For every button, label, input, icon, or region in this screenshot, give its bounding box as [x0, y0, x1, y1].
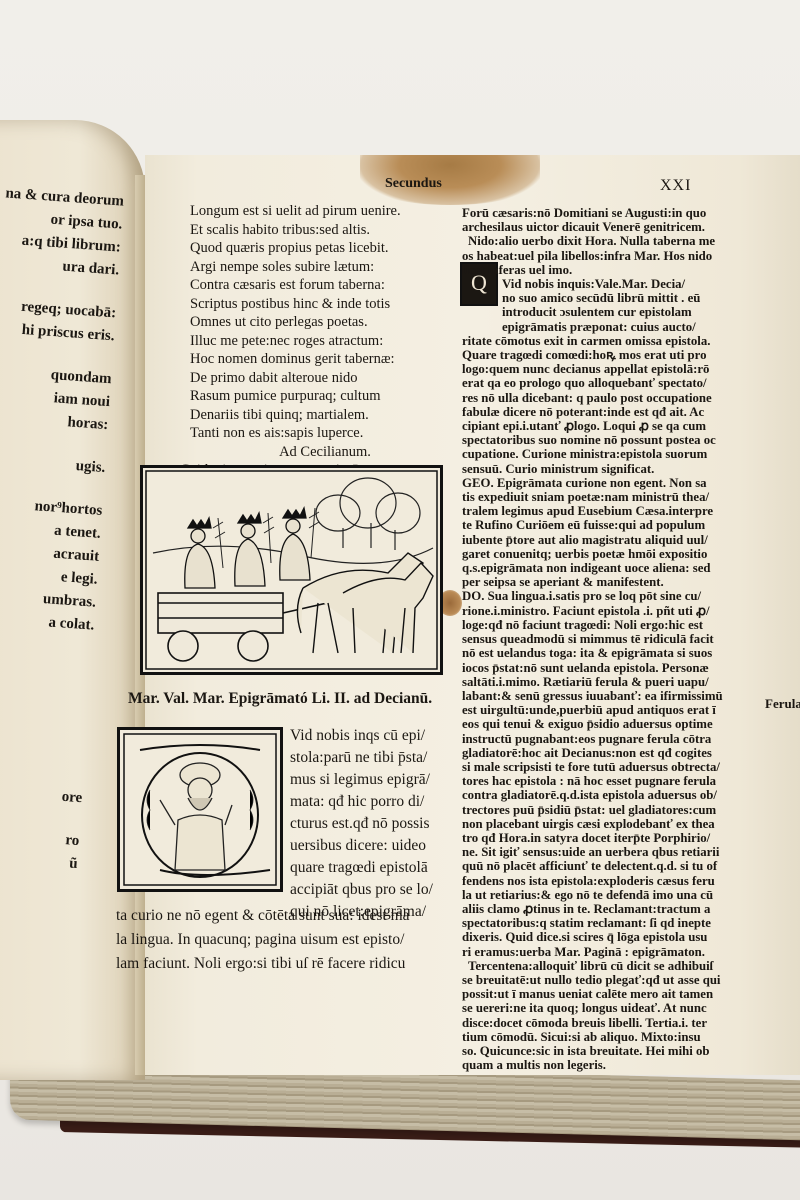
commentary-line: iubente p̄tore aut alio magistratu aliqu… [462, 533, 772, 547]
commentary-line: ritate cōmotus exit in carmen omissa epi… [462, 334, 772, 348]
commentary-line: Vid nobis inquis:Vale.Mar. Decia/ [462, 277, 772, 291]
commentary-line: se breuitatē:ut nullo tedio plegať:qđ ut… [462, 973, 772, 987]
text-line: quare tragœdi epistolā [290, 857, 465, 879]
verse-line: Contra cæsaris est forum taberna: [190, 276, 460, 295]
commentary-line: non placebant uirgis cæsi explodebanť ex… [462, 817, 772, 831]
commentary-line: rione.i.ministro. Faciunt epistola .i. p… [462, 604, 772, 618]
commentary-line: os habeat:uel pila libellos:infra Mar. H… [462, 249, 772, 263]
commentary-line: saltāti.i.mimo. Rætiariū ferula & pueri … [462, 675, 772, 689]
commentary-line: cupatione. Curione ministra:epistola suo… [462, 447, 772, 461]
text-line: cturus est.qđ nō possis [290, 813, 465, 835]
commentary-line: ne. Sit igiť sensus:uide an uerbera qbus… [462, 845, 772, 859]
verse-line: Denariis tibi quinq; martialem. [190, 406, 460, 425]
commentary-line: cipiant epi.i.utanť ꝓlogo. Loqui ꝓ se qa… [462, 419, 772, 433]
commentary-line: contra gladiatorē.q.d.ista epistola adue… [462, 788, 772, 802]
margin-note: Ferula [765, 696, 800, 712]
text-line: accipiāt qbus pro se lo/ [290, 879, 465, 901]
commentary-line: instructū pugnabant:eos pugnare ferula c… [462, 732, 772, 746]
commentary-line: nō est uelandus toga: ita & epigrāmata s… [462, 646, 772, 660]
section-title: Ad Cecilianum. [190, 443, 460, 462]
commentary-line: epigrāmatis præponat: cuius aucto/ [462, 320, 772, 334]
commentary-line: introducit ɔsulentem cur epistolam [462, 305, 772, 319]
text-line: stola:parū ne tibi p̄sta/ [290, 747, 465, 769]
commentary-line: no suo amico secūdū librū mittit . eū [462, 291, 772, 305]
epigram-heading: Mar. Val. Mar. Epigrāmató Li. II. ad Dec… [128, 690, 432, 708]
commentary-line: disce:docet cōmoda breuis libelli. Terti… [462, 1016, 772, 1030]
commentary-line: garet conuenitq; uerbis poetæ hmōi expos… [462, 547, 772, 561]
commentary-line: spectatoribus:q statim reclamant: ſi qd … [462, 916, 772, 930]
commentary-line: si male scripsisti te fore tutū aduersus… [462, 760, 772, 774]
commentary-line: DO. Sua lingua.i.satis pro se loq pōt si… [462, 589, 772, 603]
verse-line: Et scalis habito tribus:sed altis. [190, 221, 460, 240]
verse-line: Hoc nomen dominus gerit tabernæ: [190, 350, 460, 369]
text-line: Vid nobis inqs cū epi/ [290, 725, 465, 747]
text-line: lam faciunt. Noli ergo:si tibi uſ rē fac… [116, 952, 466, 976]
running-head: Secundus [385, 176, 442, 192]
commentary-line: erat qa eo prologo quo alloquebanť spect… [462, 376, 772, 390]
commentary-line: GEO. Epigrāmata curione non egent. Non s… [462, 476, 772, 490]
verse-line: De primo dabit alteroue nido [190, 369, 460, 388]
commentary-line: labant:& senū gressus iuuabanť: ea ifirm… [462, 689, 772, 703]
commentary-line: q.s.epigrāmata non indigeant uoce aliena… [462, 561, 772, 575]
commentary-line: te Rufino Curiōem eū fuisse:qui ad popul… [462, 518, 772, 532]
commentary-line: gladiatorē:hoc ait Decianus:non est qđ c… [462, 746, 772, 760]
text-line: mus si legimus epigrā/ [290, 769, 465, 791]
commentary-line: logo:quem nunc decianus appellat epistol… [462, 362, 772, 376]
initial-q-portrait-icon [120, 730, 280, 889]
commentary-line: tralem legimus apud Eusebium Cæsa.interp… [462, 504, 772, 518]
commentary-line: so. Quicunce:sic in ista breuitate. Hei … [462, 1044, 772, 1058]
commentary-line: loge:qđ nō faciunt tragœdi: Noli ergo:hi… [462, 618, 772, 632]
commentary-line: ri eramus:uerba Mar. Paginā : epigrāmato… [462, 945, 772, 959]
verse-line: Scriptus postibus hinc & inde totis [190, 295, 460, 314]
commentary-line: se uereri:ne ita quoq; longus uideať. At… [462, 1001, 772, 1015]
commentary-line: possit:ut ī manus ueniat calēte mero ait… [462, 987, 772, 1001]
commentary-line: Tercentena:alloquiť librū cū dicit se ad… [462, 959, 772, 973]
commentary-line: trectores puū p̄sidiū p̄stat: uel gladia… [462, 803, 772, 817]
commentary-line: tores hac epistola : nā hoc esset pugnar… [462, 774, 772, 788]
chariot-woodcut-icon [143, 468, 440, 672]
text-beside-initial: Vid nobis inqs cū epi/ stola:parū ne tib… [290, 725, 465, 923]
verse-line: Rasum pumice purpuraq; cultum [190, 387, 460, 406]
commentary-line: tro qđ Hora.in satyra docet iterp̄te Por… [462, 831, 772, 845]
commentary-column: Forū cæsaris:nō Domitiani se Augusti:in … [462, 206, 772, 1072]
commentary-line: tium cōmodū. Sicui:si ab aliquo. Mixto:i… [462, 1030, 772, 1044]
commentary-line: quū nō placēt afficiunť te delectent.q.d… [462, 859, 772, 873]
verse-line: Tanti non es ais:sapis luperce. [190, 424, 460, 443]
photo-scene: na & cura deorum or ipsa tuo. a:q tibi l… [0, 0, 800, 1200]
commentary-line: Forū cæsaris:nō Domitiani se Augusti:in … [462, 206, 772, 220]
verse-line: Longum est si uelit ad pirum uenire. [190, 202, 460, 221]
folio-number: XXI [660, 177, 691, 195]
woodcut-illustration [140, 465, 443, 675]
text-line: mata: qđ hic porro di/ [290, 791, 465, 813]
commentary-line: la ut retiarius:& ego nō te defendā imo … [462, 888, 772, 902]
text-line: la lingua. In quacunq; pagina uisum est … [116, 928, 466, 952]
commentary-line: fabulæ dicere nō poterant:inde est qđ ai… [462, 405, 772, 419]
commentary-line: spectatoribus suo nomine nō possunt post… [462, 433, 772, 447]
commentary-line: res nō ulla dicebant: q paulo post occup… [462, 391, 772, 405]
verse-line: Illuc me pete:nec roges atractum: [190, 332, 460, 351]
commentary-line: licet inferas uel imo. [462, 263, 772, 277]
verse-line: Omnes ut cito perlegas poetas. [190, 313, 460, 332]
commentary-line: eos qui tenui & exiguo p̄sidio aduersus … [462, 717, 772, 731]
text-line: ta curio ne nō egent & cōtēta sunt sua: … [116, 904, 466, 928]
commentary-line: quam a multis non legeris. [462, 1058, 772, 1072]
commentary-line: iocos p̄stat:nō sunt uelanda epistola. P… [462, 661, 772, 675]
epigram-continuation: ta curio ne nō egent & cōtēta sunt sua: … [116, 904, 466, 976]
verse-line: Argi nempe soles subire lætum: [190, 258, 460, 277]
commentary-line: est uirgultū:unde,puerbiū apud antiquos … [462, 703, 772, 717]
verse-line: Quod quæris propius petas licebit. [190, 239, 460, 258]
commentary-line: Quare tragœdi comœdi:hoꝶ mos erat uti pr… [462, 348, 772, 362]
verse-column: Longum est si uelit ad pirum uenire. Et … [190, 202, 460, 498]
commentary-line: aliis clamo ꝓtinus in te. Reclamant:trac… [462, 902, 772, 916]
commentary-line: sensus queadmodū si mimmus tē ridiculā f… [462, 632, 772, 646]
commentary-line: dixeris. Quid dice.si scires q̄ lōga epi… [462, 930, 772, 944]
commentary-line: Nido:alio uerbo dixit Hora. Nulla tabern… [462, 234, 772, 248]
commentary-line: tis expediuit sniam poetæ:nam ministrū t… [462, 490, 772, 504]
commentary-line: fendens nos ista epistola:exploderis cæs… [462, 874, 772, 888]
commentary-line: per seipsa se aperiant & manifestent. [462, 575, 772, 589]
commentary-line: sensuū. Curio ministrum significat. [462, 462, 772, 476]
decorated-initial [117, 727, 283, 892]
text-line: uersibus dicere: uideo [290, 835, 465, 857]
commentary-line: archesilaus uictor dicauit Venerē genitr… [462, 220, 772, 234]
